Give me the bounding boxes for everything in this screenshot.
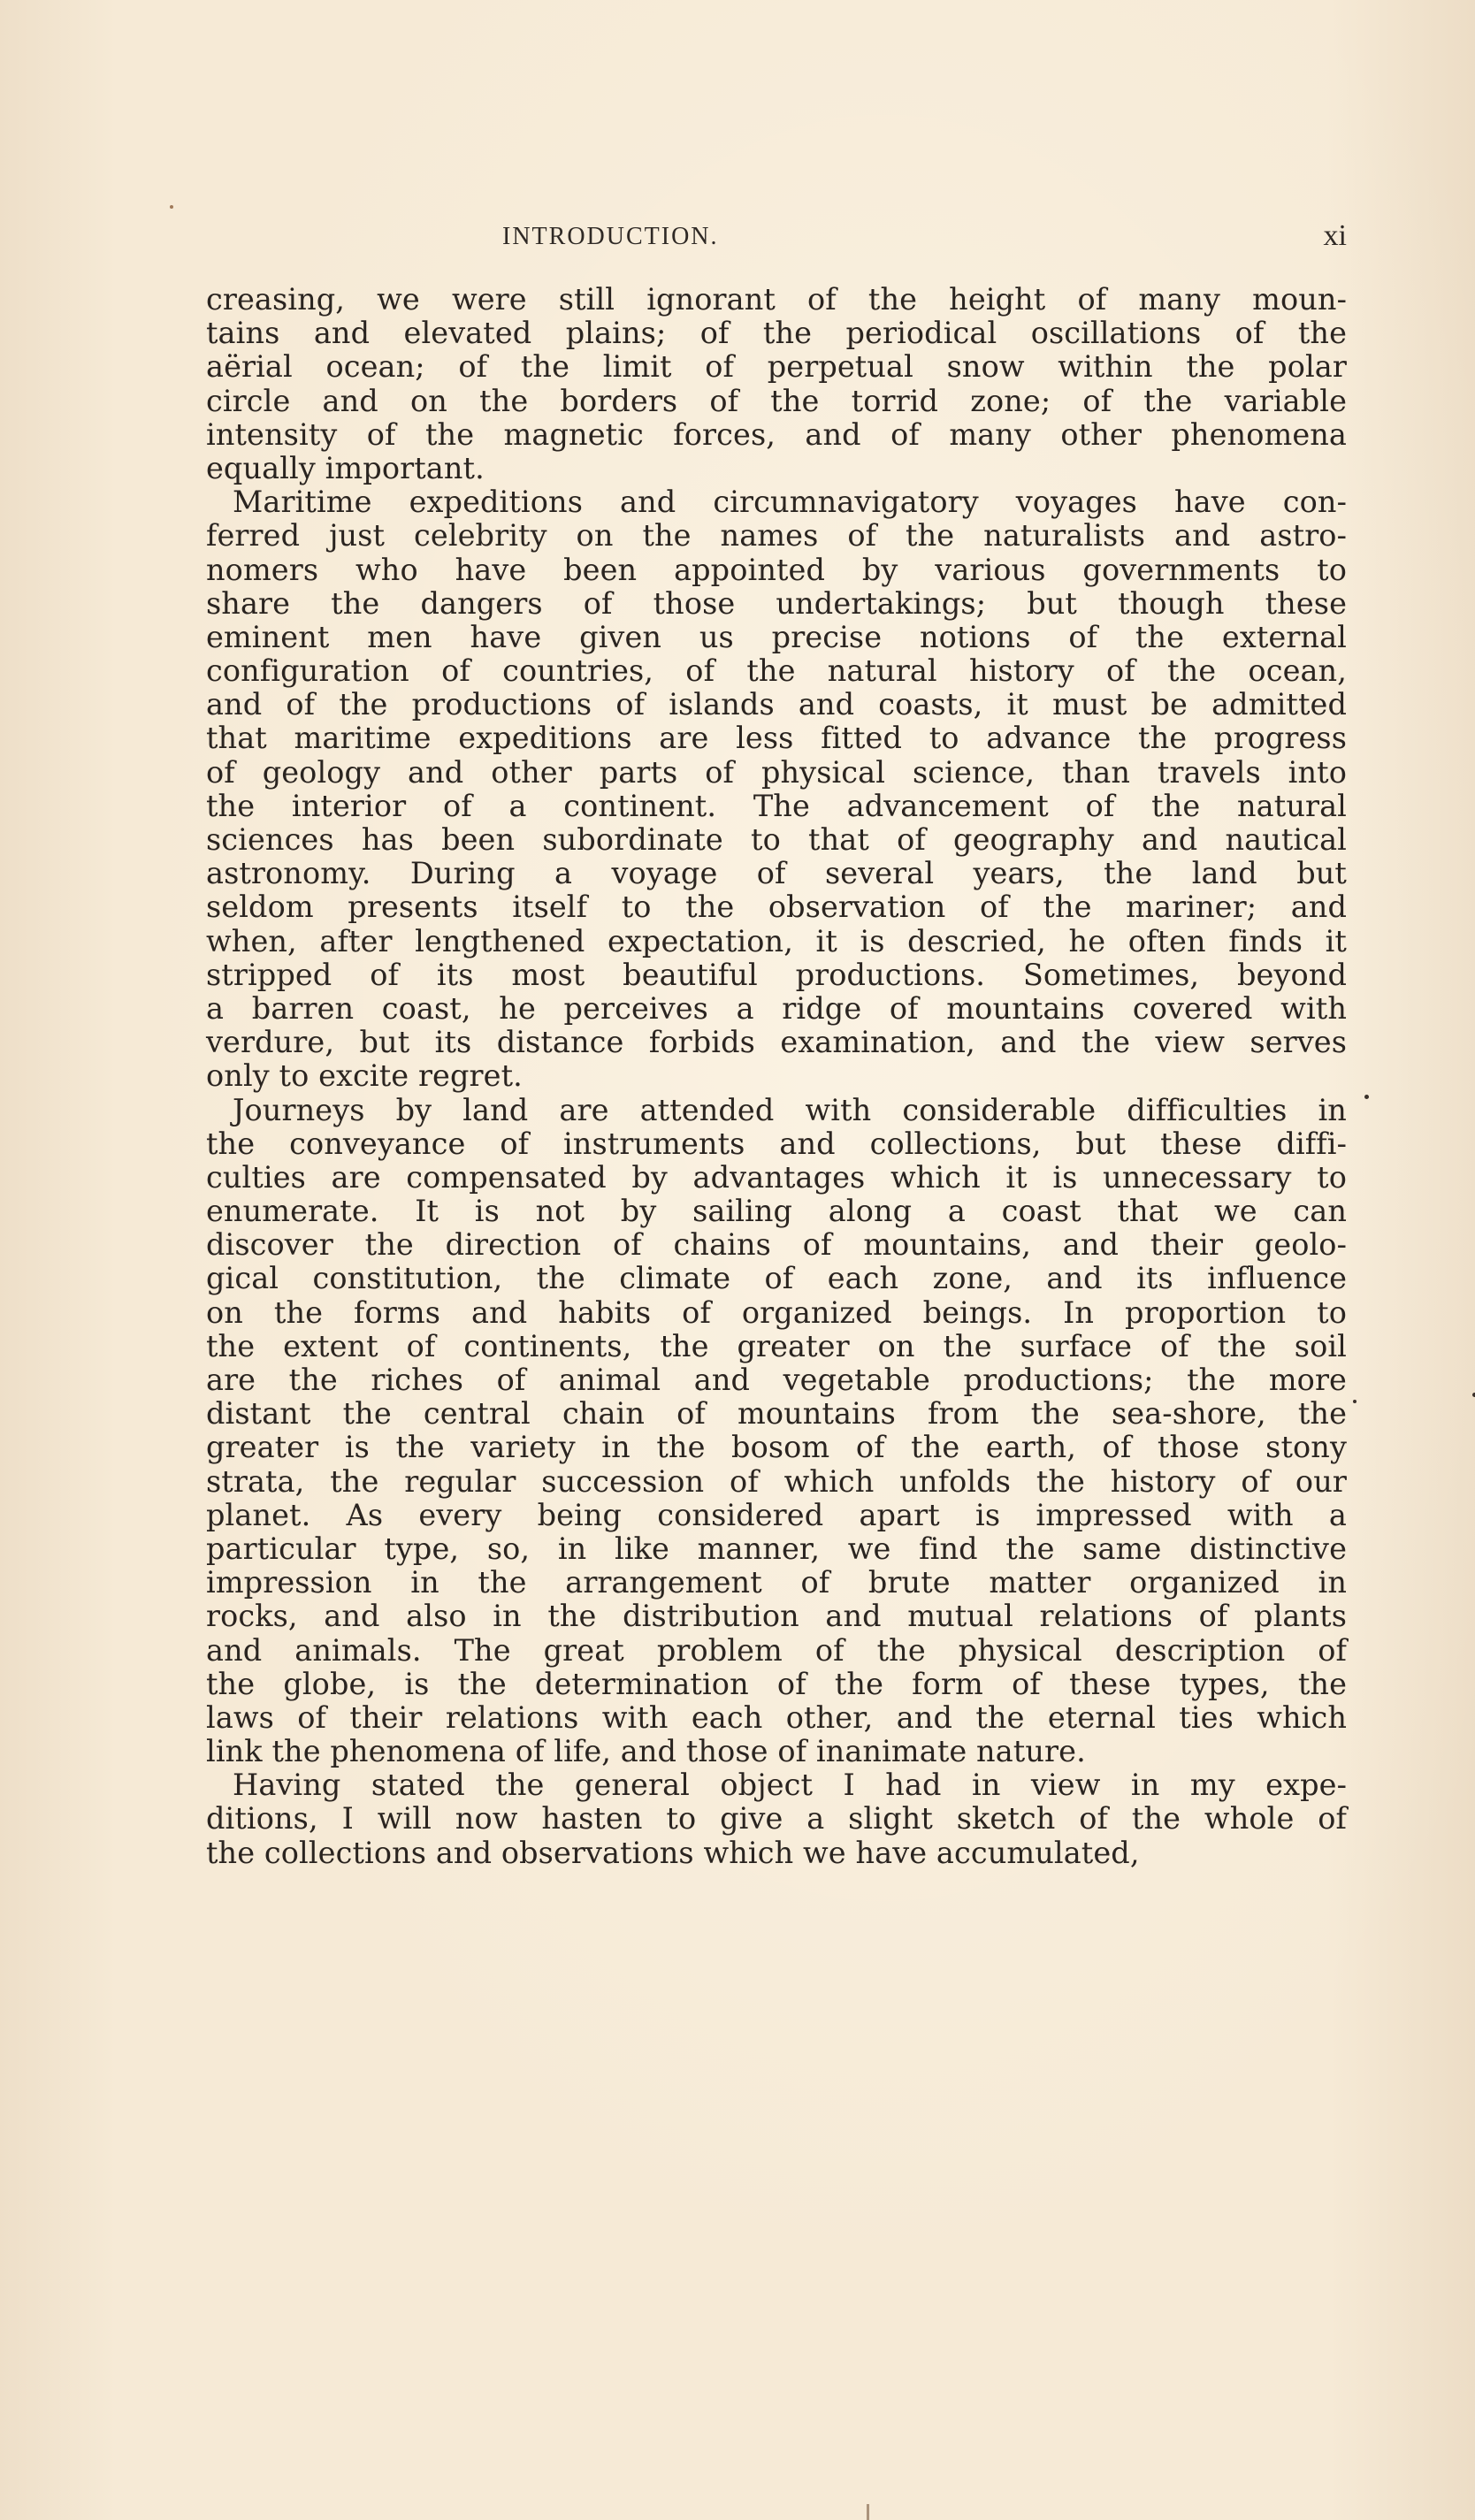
text-line: eminent men have given us precise notion… bbox=[206, 621, 1347, 654]
text-line: particular type, so, in like manner, we … bbox=[206, 1532, 1347, 1566]
text-line: creasing, we were still ignorant of the … bbox=[206, 283, 1347, 317]
text-line: intensity of the magnetic forces, and of… bbox=[206, 418, 1347, 452]
text-line: that maritime expeditions are less fitte… bbox=[206, 722, 1347, 755]
text-line: the interior of a continent. The advance… bbox=[206, 790, 1347, 823]
text-line: aërial ocean; of the limit of perpetual … bbox=[206, 350, 1347, 384]
text-line: and of the productions of islands and co… bbox=[206, 688, 1347, 722]
body-text: creasing, we were still ignorant of the … bbox=[206, 283, 1347, 1870]
text-line: impression in the arrangement of brute m… bbox=[206, 1566, 1347, 1600]
text-line: ferred just celebrity on the names of th… bbox=[206, 519, 1347, 553]
text-line: rocks, and also in the distribution and … bbox=[206, 1600, 1347, 1633]
running-head-title: INTRODUCTION. bbox=[502, 223, 719, 251]
text-line: configuration of countries, of the natur… bbox=[206, 654, 1347, 688]
text-line: enumerate. It is not by sailing along a … bbox=[206, 1195, 1347, 1228]
paper-speck bbox=[1353, 1400, 1357, 1403]
page-number: xi bbox=[1324, 219, 1347, 253]
text-line: share the dangers of those undertakings;… bbox=[206, 587, 1347, 621]
paragraph: Journeys by land are attended with consi… bbox=[206, 1094, 1347, 1769]
text-line: tains and elevated plains; of the period… bbox=[206, 317, 1347, 350]
running-head: INTRODUCTION. xi bbox=[206, 223, 1347, 258]
text-line: discover the direction of chains of moun… bbox=[206, 1228, 1347, 1262]
text-line: are the riches of animal and vegetable p… bbox=[206, 1363, 1347, 1397]
text-line: when, after lengthened expectation, it i… bbox=[206, 925, 1347, 958]
text-line: nomers who have been appointed by variou… bbox=[206, 554, 1347, 587]
text-line: on the forms and habits of organized bei… bbox=[206, 1296, 1347, 1330]
text-line: distant the central chain of mountains f… bbox=[206, 1397, 1347, 1431]
book-page: INTRODUCTION. xi creasing, we were still… bbox=[0, 0, 1475, 2520]
text-line: planet. As every being considered apart … bbox=[206, 1499, 1347, 1532]
text-line: greater is the variety in the bosom of t… bbox=[206, 1431, 1347, 1464]
text-line: the globe, is the determination of the f… bbox=[206, 1668, 1347, 1701]
text-line: a barren coast, he perceives a ridge of … bbox=[206, 992, 1347, 1026]
text-line: Journeys by land are attended with consi… bbox=[206, 1094, 1347, 1127]
text-line: culties are compensated by advantages wh… bbox=[206, 1161, 1347, 1195]
text-line: laws of their relations with each other,… bbox=[206, 1701, 1347, 1735]
text-line: link the phenomena of life, and those of… bbox=[206, 1735, 1347, 1768]
text-line: equally important. bbox=[206, 452, 1347, 485]
text-line: the collections and observations which w… bbox=[206, 1837, 1347, 1870]
text-line: ditions, I will now hasten to give a sli… bbox=[206, 1802, 1347, 1836]
paragraph: Maritime expeditions and circumnavigator… bbox=[206, 485, 1347, 1093]
text-line: verdure, but its distance forbids examin… bbox=[206, 1026, 1347, 1059]
text-line: seldom presents itself to the observatio… bbox=[206, 890, 1347, 924]
text-line: of geology and other parts of physical s… bbox=[206, 756, 1347, 790]
paper-speck bbox=[1364, 1095, 1369, 1099]
text-line: circle and on the borders of the torrid … bbox=[206, 385, 1347, 418]
text-line: strata, the regular succession of which … bbox=[206, 1465, 1347, 1499]
text-line: sciences has been subordinate to that of… bbox=[206, 823, 1347, 857]
text-line: the conveyance of instruments and collec… bbox=[206, 1127, 1347, 1161]
paragraph: creasing, we were still ignorant of the … bbox=[206, 283, 1347, 485]
paper-speck bbox=[170, 205, 173, 209]
text-line: only to excite regret. bbox=[206, 1059, 1347, 1093]
text-line: stripped of its most beautiful productio… bbox=[206, 958, 1347, 992]
gutter-mark bbox=[867, 2504, 869, 2520]
text-line: gical constitution, the climate of each … bbox=[206, 1262, 1347, 1295]
text-line: astronomy. During a voyage of several ye… bbox=[206, 857, 1347, 890]
text-line: Maritime expeditions and circumnavigator… bbox=[206, 485, 1347, 519]
text-line: the extent of continents, the greater on… bbox=[206, 1330, 1347, 1363]
paragraph: Having stated the general object I had i… bbox=[206, 1768, 1347, 1870]
text-line: and animals. The great problem of the ph… bbox=[206, 1634, 1347, 1668]
text-line: Having stated the general object I had i… bbox=[206, 1768, 1347, 1802]
